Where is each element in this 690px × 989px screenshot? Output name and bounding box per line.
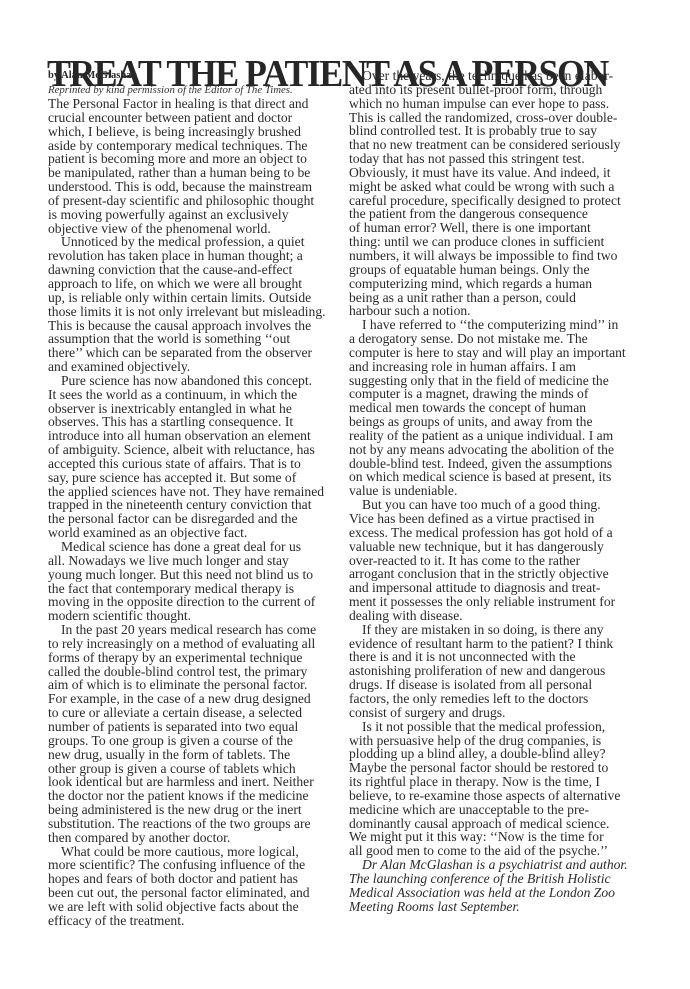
body-text-line: number of patients is separated into two… [48, 720, 327, 734]
body-text-line: which, I believe, is being increasingly … [48, 125, 327, 139]
body-text-line: understood. This is odd, because the mai… [48, 180, 327, 194]
body-text-line: new drug, usually in the form of tablets… [48, 748, 327, 762]
body-text-line: the applied sciences have not. They have… [48, 485, 327, 499]
body-text-line: It sees the world as a continuum, in whi… [48, 388, 327, 402]
body-text-line: Vice has been defined as a virtue practi… [349, 512, 637, 526]
body-text-line: Medical science has done a great deal fo… [48, 540, 327, 554]
body-text-line: suggesting only that in the field of med… [349, 374, 637, 388]
body-text-line: with persuasive help of the drug compani… [349, 734, 637, 748]
body-text-line: plodding up a blind alley, a double-blin… [349, 747, 637, 761]
body-text-line: reality of the patient as a unique indiv… [349, 429, 637, 443]
author-note-line: The launching conference of the British … [349, 872, 637, 886]
body-text-line: called the double-blind control test, th… [48, 665, 327, 679]
author-note-line: Medical Association was held at the Lond… [349, 886, 637, 900]
body-text-line: harbour such a notion. [349, 304, 637, 318]
body-text-line: computer is here to stay and will play a… [349, 346, 637, 360]
body-text-line: then compared by another doctor. [48, 831, 327, 845]
body-text-line: there’’ which can be separated from the … [48, 346, 327, 360]
body-text-line: hopes and fears of both doctor and patie… [48, 872, 327, 886]
body-text-line: efficacy of the treatment. [48, 914, 327, 928]
body-text-line: the doctor nor the patient knows if the … [48, 789, 327, 803]
body-text-line: is moving powerfully against an exclusiv… [48, 208, 327, 222]
body-text-line: young much longer. But this need not bli… [48, 568, 327, 582]
author-note-line: Meeting Rooms last September. [349, 900, 637, 914]
body-text-line: ment it possesses the only reliable inst… [349, 595, 637, 609]
body-text-line: all good men to come to the aid of the p… [349, 844, 637, 858]
body-text-line: of present-day scientific and philosophi… [48, 194, 327, 208]
body-text-line: say, pure science has accepted it. But s… [48, 471, 327, 485]
body-text-line: Maybe the personal factor should be rest… [349, 761, 637, 775]
body-text-line: blind controlled test. It is probably tr… [349, 124, 637, 138]
body-text-line: on which medical science is based at pre… [349, 470, 637, 484]
body-text-line: valuable new technique, but it has dange… [349, 540, 637, 554]
body-text-line: numbers, it will always be impossible to… [349, 249, 637, 263]
body-text-line: be manipulated, rather than a human bein… [48, 166, 327, 180]
body-text-line: Pure science has now abandoned this conc… [48, 374, 327, 388]
body-text-line: But you can have too much of a good thin… [349, 498, 637, 512]
body-text-line: its rightful place in therapy. Now is th… [349, 775, 637, 789]
body-text-line: that no new treatment can be considered … [349, 138, 637, 152]
body-text-line: revolution has taken place in human thou… [48, 249, 327, 263]
body-text-line: accepted this curious state of affairs. … [48, 457, 327, 471]
body-text-line: a derogatory sense. Do not mistake me. T… [349, 332, 637, 346]
body-text-line: observer is inextricably entangled in wh… [48, 402, 327, 416]
body-text-line: more scientific? The confusing influence… [48, 858, 327, 872]
body-text-line: patient is becoming more and more an obj… [48, 152, 327, 166]
body-text-line: moving in the opposite direction to the … [48, 595, 327, 609]
author-note-line: Dr Alan McGlashan is a psychiatrist and … [349, 858, 637, 872]
body-text-line: and increasing role in human affairs. I … [349, 360, 637, 374]
body-text-line: being as a unit rather than a person, co… [349, 291, 637, 305]
body-text-line: drugs. If disease is isolated from all p… [349, 678, 637, 692]
body-text-line: excess. The medical profession has got h… [349, 526, 637, 540]
body-text-line: other group is given a course of tablets… [48, 762, 327, 776]
body-text-line: dawning conviction that the cause-and-ef… [48, 263, 327, 277]
body-text-line: world examined as an objective fact. [48, 526, 327, 540]
body-text-line: those limits it is not only irrelevant b… [48, 305, 327, 319]
body-text-line: objective view of the phenomenal world. [48, 222, 327, 236]
body-text-line: assumption that the world is something ‘… [48, 332, 327, 346]
body-text-line: For example, in the case of a new drug d… [48, 692, 327, 706]
body-text-line: the patient from the dangerous consequen… [349, 207, 637, 221]
body-text-line: all. Nowadays we live much longer and st… [48, 554, 327, 568]
body-text-line: of ambiguity. Science, albeit with reluc… [48, 443, 327, 457]
body-text-line: computer is a magnet, drawing the minds … [349, 387, 637, 401]
body-text-line: thing: until we can produce clones in su… [349, 235, 637, 249]
body-text-line: and examined objectively. [48, 360, 327, 374]
body-text-line: medicine which are unacceptable to the p… [349, 803, 637, 817]
body-text-line: groups of equatable human beings. Only t… [349, 263, 637, 277]
body-text-line: ated into its present bullet-proof form,… [349, 83, 637, 97]
body-text-line: value is undeniable. [349, 484, 637, 498]
body-text-line: to cure or alleviate a certain disease, … [48, 706, 327, 720]
body-text-line: forms of therapy by an experimental tech… [48, 651, 327, 665]
left-column: The Personal Factor in healing is that d… [48, 97, 327, 928]
body-text-line: being administered is the new drug or th… [48, 803, 327, 817]
body-text-line: might be asked what could be wrong with … [349, 180, 637, 194]
body-text-line: we are left with solid objective facts a… [48, 900, 327, 914]
body-text-line: introduce into all human observation an … [48, 429, 327, 443]
body-text-line: Is it not possible that the medical prof… [349, 720, 637, 734]
byline: by Alan McGlashan [48, 69, 137, 82]
body-text-line: the fact that contemporary medical thera… [48, 582, 327, 596]
body-text-line: crucial encounter between patient and do… [48, 111, 327, 125]
body-text-line: This is because the causal approach invo… [48, 319, 327, 333]
body-text-line: astonishing proliferation of new and dan… [349, 664, 637, 678]
body-text-line: believe, to re-examine those aspects of … [349, 789, 637, 803]
body-text-line: If they are mistaken in so doing, is the… [349, 623, 637, 637]
body-text-line: up, is reliable only within certain limi… [48, 291, 327, 305]
body-text-line: What could be more cautious, more logica… [48, 845, 327, 859]
body-text-line: beings as groups of units, and away from… [349, 415, 637, 429]
body-text-line: aside by contemporary medical techniques… [48, 139, 327, 153]
body-text-line: today that has not passed this stringent… [349, 152, 637, 166]
body-text-line: factors, the only remedies left to the d… [349, 692, 637, 706]
body-text-line: Over the years, the technique has been e… [349, 69, 637, 83]
body-text-line: double-blind test. Indeed, given the ass… [349, 457, 637, 471]
body-text-line: not by any means advocating the abolitio… [349, 443, 637, 457]
body-text-line: consist of surgery and drugs. [349, 706, 637, 720]
body-text-line: arrogant conclusion that in the strictly… [349, 567, 637, 581]
body-text-line: look identical but are harmless and iner… [48, 775, 327, 789]
body-text-line: In the past 20 years medical research ha… [48, 623, 327, 637]
right-column: Over the years, the technique has been e… [349, 69, 637, 913]
body-text-line: dealing with disease. [349, 609, 637, 623]
body-text-line: This is called the randomized, cross-ove… [349, 111, 637, 125]
body-text-line: evidence of resultant harm to the patien… [349, 637, 637, 651]
body-text-line: been cut out, the personal factor elimin… [48, 886, 327, 900]
body-text-line: the personal factor can be disregarded a… [48, 512, 327, 526]
body-text-line: substitution. The reactions of the two g… [48, 817, 327, 831]
body-text-line: I have referred to ‘‘the computerizing m… [349, 318, 637, 332]
body-text-line: approach to life, on which we were all b… [48, 277, 327, 291]
body-text-line: The Personal Factor in healing is that d… [48, 97, 327, 111]
body-text-line: aim of which is to eliminate the persona… [48, 678, 327, 692]
body-text-line: over-reacted to it. It has come to the r… [349, 554, 637, 568]
body-text-line: medical men towards the concept of human [349, 401, 637, 415]
body-text-line: of human error? Well, there is one impor… [349, 221, 637, 235]
body-text-line: modern scientific thought. [48, 609, 327, 623]
body-text-line: Unnoticed by the medical profession, a q… [48, 235, 327, 249]
body-text-line: careful procedure, specifically designed… [349, 194, 637, 208]
body-text-line: to rely increasingly on a method of eval… [48, 637, 327, 651]
body-text-line: there is and it is not unconnected with … [349, 650, 637, 664]
body-text-line: trapped in the nineteenth century convic… [48, 498, 327, 512]
body-text-line: Obviously, it must have its value. And i… [349, 166, 637, 180]
body-text-line: computerizing mind, which regards a huma… [349, 277, 637, 291]
body-text-line: observes. This has a startling consequen… [48, 415, 327, 429]
body-text-line: dominantly causal approach of medical sc… [349, 817, 637, 831]
body-text-line: We might put it this way: ‘‘Now is the t… [349, 830, 637, 844]
body-text-line: groups. To one group is given a course o… [48, 734, 327, 748]
body-text-line: and impersonal attitude to diagnosis and… [349, 581, 637, 595]
body-text-line: which no human impulse can ever hope to … [349, 97, 637, 111]
